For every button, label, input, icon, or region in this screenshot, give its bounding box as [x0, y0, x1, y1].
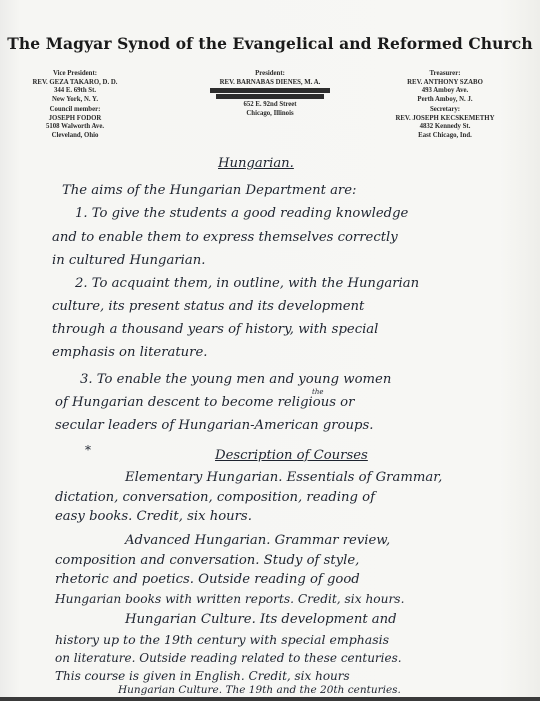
- letter-page: The Magyar Synod of the Evangelical and …: [0, 0, 540, 701]
- page-bottom-edge: [0, 697, 540, 701]
- course-line: Hungarian Culture. The 19th and the 20th…: [118, 684, 401, 696]
- handwritten-bottom: Hungarian Culture. The 19th and the 20th…: [0, 0, 540, 701]
